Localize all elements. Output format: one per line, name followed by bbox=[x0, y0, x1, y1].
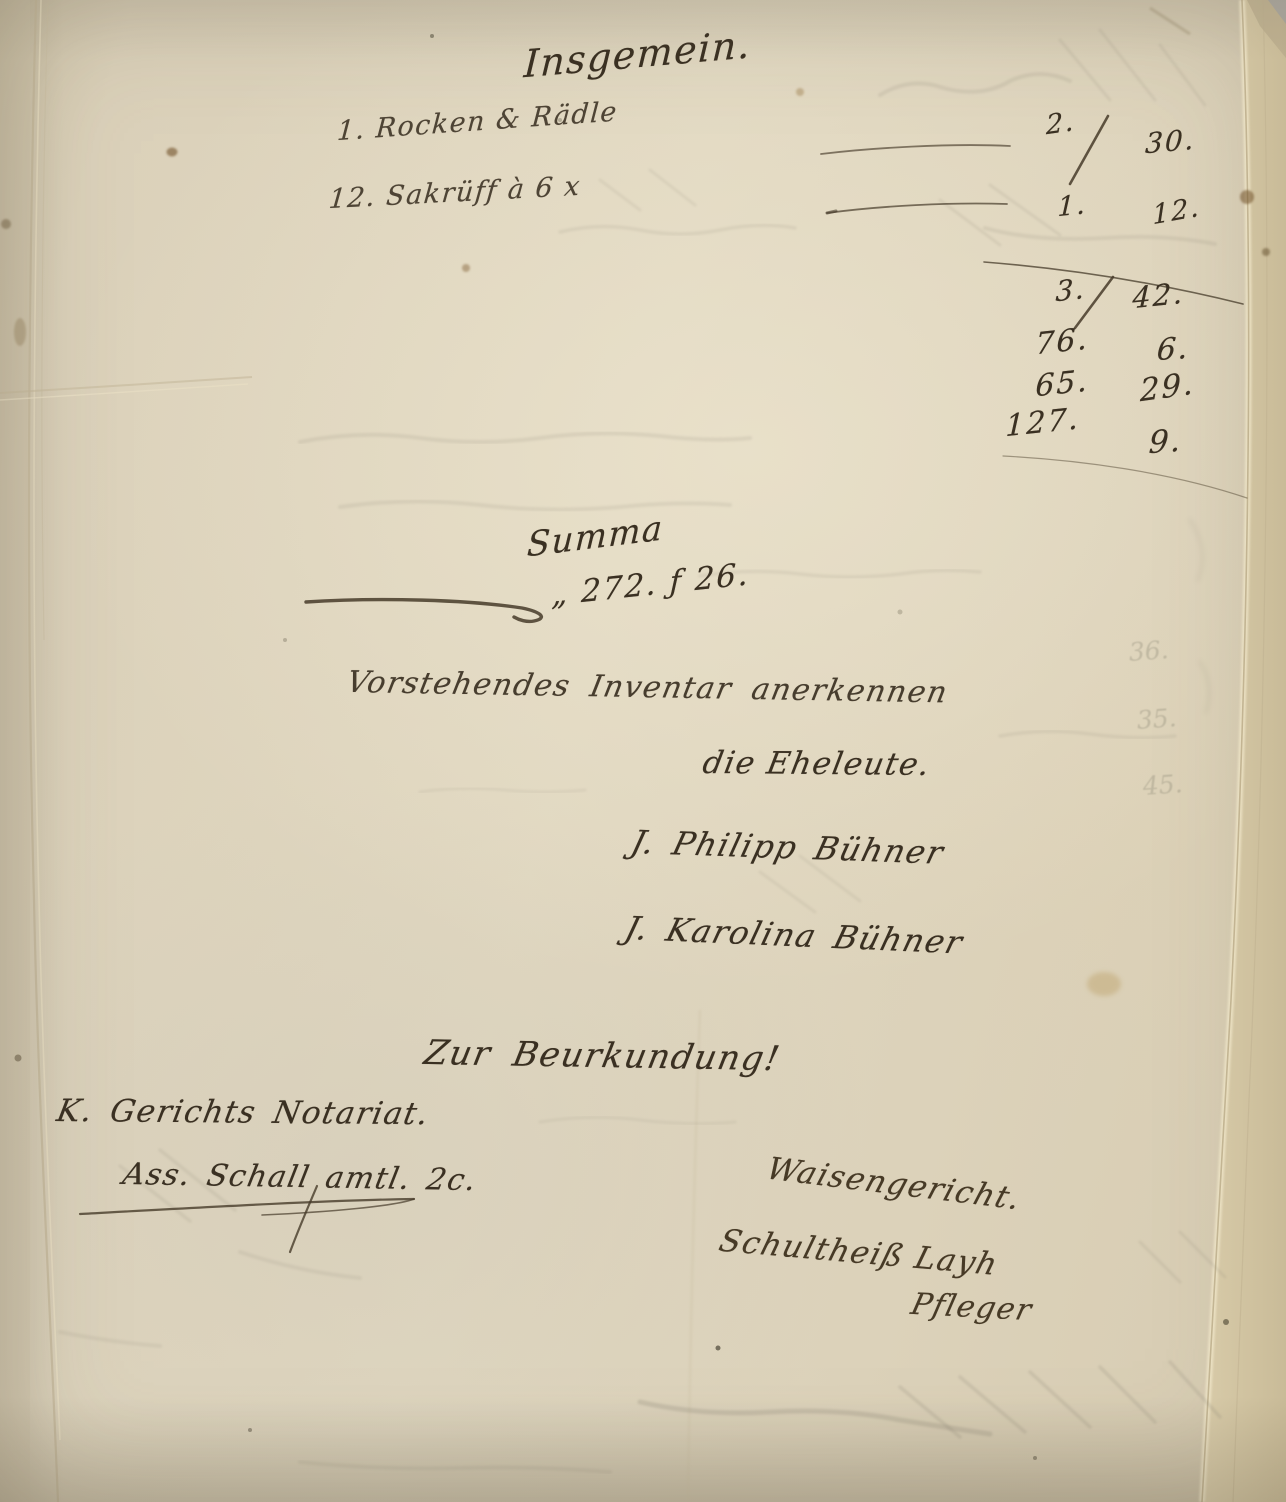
manuscript-page: Insgemein. 1. Rocken & Rädle 2. 30. 12. … bbox=[0, 0, 1286, 1502]
total-row-2-gulden: 76. bbox=[1035, 324, 1089, 360]
paper-texture-layer bbox=[0, 0, 1286, 1502]
fold-creases-left bbox=[0, 0, 252, 1502]
total-row-4-kreuzer: 9. bbox=[1148, 426, 1184, 460]
total-row-3-gulden: 65. bbox=[1035, 366, 1089, 402]
item2-dash-line bbox=[827, 203, 1007, 213]
bleedthrough-number-2: 35. bbox=[1136, 705, 1177, 733]
item-1-kreuzer: 30. bbox=[1145, 126, 1197, 159]
total-row-1-kreuzer: 42. bbox=[1132, 279, 1185, 314]
bleedthrough-number-3: 45. bbox=[1142, 771, 1183, 799]
totals-sum-rule bbox=[984, 262, 1243, 304]
bleedthrough-number-1: 36. bbox=[1128, 637, 1169, 665]
total-row-3-kreuzer: 29. bbox=[1140, 368, 1195, 407]
item-2-kreuzer: 12. bbox=[1152, 193, 1201, 229]
summa-flourish bbox=[306, 600, 541, 622]
court-pfleger-signature: Pfleger bbox=[908, 1290, 1035, 1326]
totals-bottom-rule bbox=[1003, 456, 1247, 498]
stains bbox=[1, 34, 1270, 1460]
signature-husband: J. Philipp Bühner bbox=[628, 826, 947, 869]
notary-cross-stroke bbox=[290, 1186, 317, 1252]
item-2-gulden: 1. bbox=[1057, 191, 1088, 221]
item1-dash-line bbox=[821, 145, 1010, 154]
notary-underline bbox=[80, 1199, 414, 1214]
total-row-1-gulden: 3. bbox=[1055, 275, 1087, 306]
notariat-office-line: K. Gerichts Notariat. bbox=[54, 1096, 432, 1130]
item-1-gulden: 2. bbox=[1046, 108, 1075, 139]
total-row-4-gulden: 127. bbox=[1005, 404, 1080, 442]
parties-line: die Eheleute. bbox=[700, 748, 933, 781]
bleedthrough-ghosts bbox=[60, 30, 1225, 1472]
fold-crease-center bbox=[688, 1010, 700, 1502]
notariat-signature-line: Ass. Schall amtl. 2c. bbox=[120, 1160, 480, 1196]
certification-line: Zur Beurkundung! bbox=[421, 1036, 783, 1076]
total-row-2-kreuzer: 6. bbox=[1156, 334, 1191, 366]
